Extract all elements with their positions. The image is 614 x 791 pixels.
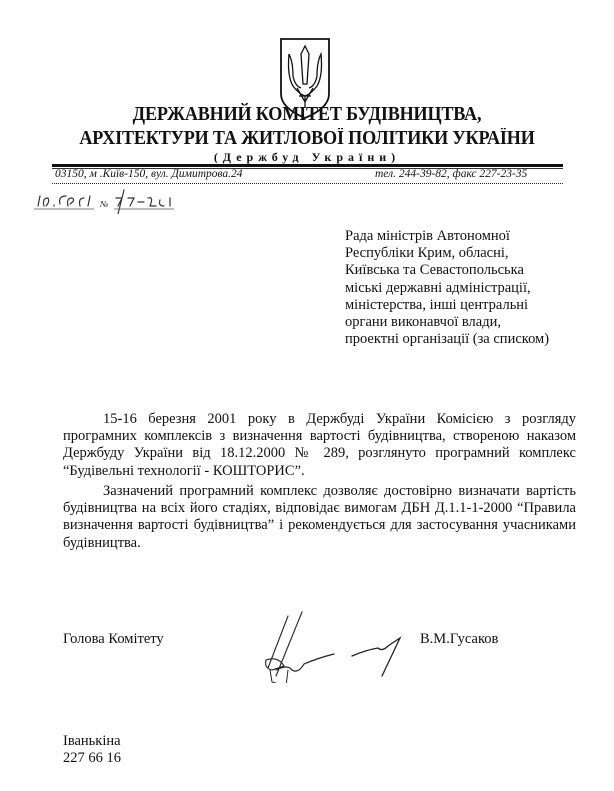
- handwritten-registration-number: №: [30, 188, 250, 214]
- recipient-line: Рада міністрів Автономної: [345, 228, 605, 245]
- recipient-line: міські державні адміністрації,: [345, 280, 605, 297]
- handwritten-signature-icon: [258, 608, 418, 683]
- recipient-line: проектні організації (за списком): [345, 331, 605, 348]
- org-phones: тел. 244-39-82, факс 227-23-35: [375, 168, 527, 180]
- signatory-name: В.М.Гусаков: [420, 631, 498, 648]
- org-name-line2: АРХІТЕКТУРИ ТА ЖИТЛОВОЇ ПОЛІТИКИ УКРАЇНИ: [21, 128, 592, 150]
- recipient-block: Рада міністрів Автономної Республіки Кри…: [345, 228, 605, 348]
- signatory-title: Голова Комітету: [63, 631, 164, 648]
- executor-phone: 227 66 16: [63, 750, 121, 767]
- org-name-line1: ДЕРЖАВНИЙ КОМІТЕТ БУДІВНИЦТВА,: [21, 104, 592, 126]
- svg-text:№: №: [99, 199, 109, 209]
- org-short-name: (Держбуд України): [0, 150, 614, 165]
- executor-name: Іванькіна: [63, 733, 121, 750]
- recipient-line: Республіки Крим, обласні,: [345, 245, 605, 262]
- body-paragraph-1-text: 15-16 березня 2001 року в Держбуді Украї…: [63, 411, 576, 479]
- recipient-line: міністерства, інші центральні: [345, 297, 605, 314]
- body-paragraph-2-text: Зазначений програмний комплекс дозволяє …: [63, 483, 576, 551]
- header-divider-thick: [52, 164, 563, 167]
- recipient-line: органи виконавчої влади,: [345, 314, 605, 331]
- body-paragraph-2: Зазначений програмний комплекс дозволяє …: [63, 483, 576, 552]
- org-address: 03150, м .Київ-150, вул. Димитрова.24: [55, 168, 243, 180]
- body-paragraph-1: 15-16 березня 2001 року в Держбуді Украї…: [63, 411, 576, 480]
- recipient-line: Київська та Севастопольська: [345, 262, 605, 279]
- header-divider-dotted: [52, 183, 563, 184]
